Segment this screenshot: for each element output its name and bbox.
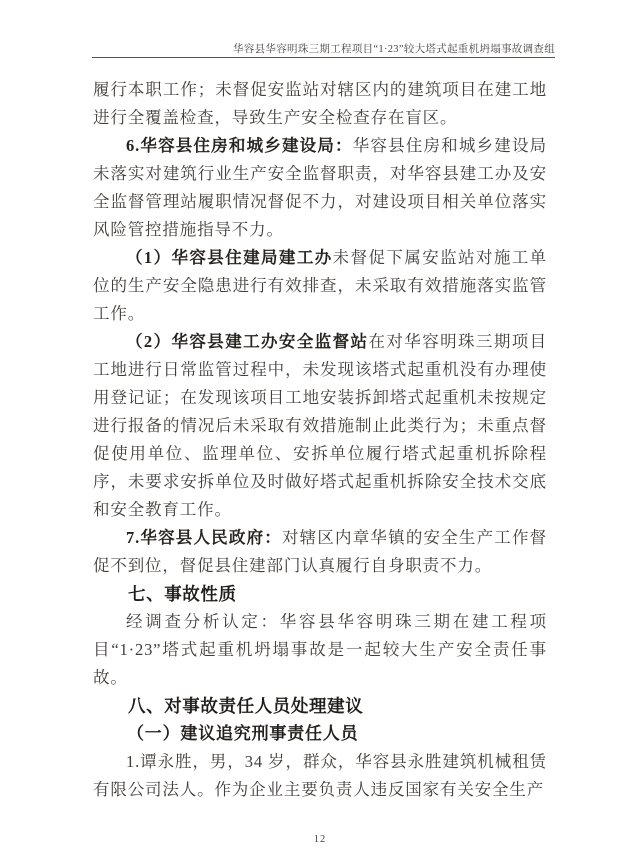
subsection-heading-8-1: （一）建议追究刑事责任人员 — [93, 720, 547, 748]
paragraph-item-6: 6.华容县住房和城乡建设局：华容县住房和城乡建设局未落实对建筑行业生产安全监督职… — [93, 132, 547, 244]
document-page: 华容县华容明珠三期工程项目“1·23”较大塔式起重机坍塌事故调查组 履行本职工作… — [0, 0, 640, 858]
section-heading-7: 七、事故性质 — [93, 580, 547, 608]
document-body: 履行本职工作；未督促安监站对辖区内的建筑项目在建工地进行全覆盖检查，导致生产安全… — [93, 76, 547, 804]
page-number: 12 — [314, 834, 327, 845]
paragraph-finding: 经调查分析认定：华容县华容明珠三期在建工程项目“1·23”塔式起重机坍塌事故是一… — [93, 608, 547, 692]
paragraph-lead: （2）华容县建工办安全监督站 — [126, 332, 368, 351]
page-footer: 12 — [0, 829, 640, 847]
paragraph-text: 经调查分析认定：华容县华容明珠三期在建工程项目“1·23”塔式起重机坍塌事故是一… — [93, 612, 547, 687]
section-heading-8: 八、对事故责任人员处理建议 — [93, 692, 547, 720]
paragraph-text: 在对华容明珠三期项目工地进行日常监管过程中，未发现该塔式起重机没有办理使用登记证… — [93, 332, 547, 519]
paragraph-lead: （1）华容县住建局建工办 — [126, 248, 333, 267]
page-header: 华容县华容明珠三期工程项目“1·23”较大塔式起重机坍塌事故调查组 — [92, 43, 555, 58]
paragraph-lead: 7.华容县人民政府： — [126, 528, 282, 547]
paragraph-person-1: 1.谭永胜，男，34 岁，群众，华容县永胜建筑机械租赁有限公司法人。作为企业主要… — [93, 748, 547, 804]
header-title: 华容县华容明珠三期工程项目“1·23”较大塔式起重机坍塌事故调查组 — [92, 43, 555, 56]
header-rule — [92, 57, 555, 58]
paragraph-text: 1.谭永胜，男，34 岁，群众，华容县永胜建筑机械租赁有限公司法人。作为企业主要… — [93, 752, 547, 799]
paragraph-lead: 6.华容县住房和城乡建设局： — [126, 136, 353, 155]
paragraph-sub-2: （2）华容县建工办安全监督站在对华容明珠三期项目工地进行日常监管过程中，未发现该… — [93, 328, 547, 524]
paragraph-item-7: 7.华容县人民政府：对辖区内章华镇的安全生产工作督促不到位，督促县住建部门认真履… — [93, 524, 547, 580]
paragraph-text: 履行本职工作；未督促安监站对辖区内的建筑项目在建工地进行全覆盖检查，导致生产安全… — [93, 80, 547, 127]
paragraph-sub-1: （1）华容县住建局建工办未督促下属安监站对施工单位的生产安全隐患进行有效排查，未… — [93, 244, 547, 328]
paragraph-continued: 履行本职工作；未督促安监站对辖区内的建筑项目在建工地进行全覆盖检查，导致生产安全… — [93, 76, 547, 132]
